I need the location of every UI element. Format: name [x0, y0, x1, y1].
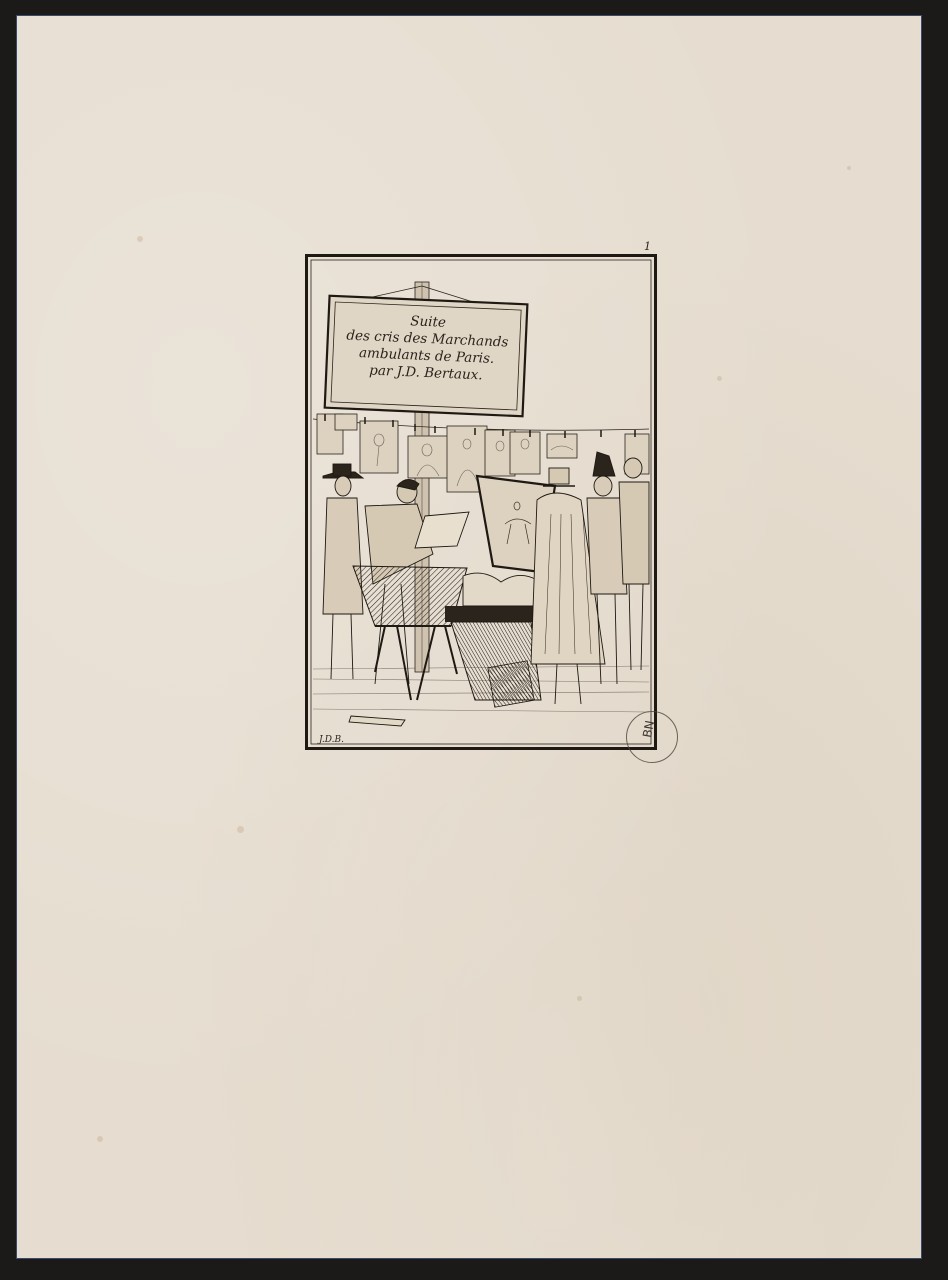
sign-inscription: Suite des cris des Marchands ambulants d…: [329, 310, 526, 386]
collection-stamp-text: BN: [640, 719, 657, 738]
figure-older-man: [619, 458, 649, 670]
plate-number: 1: [644, 240, 651, 253]
artist-monogram: J.D.B.: [319, 735, 344, 745]
